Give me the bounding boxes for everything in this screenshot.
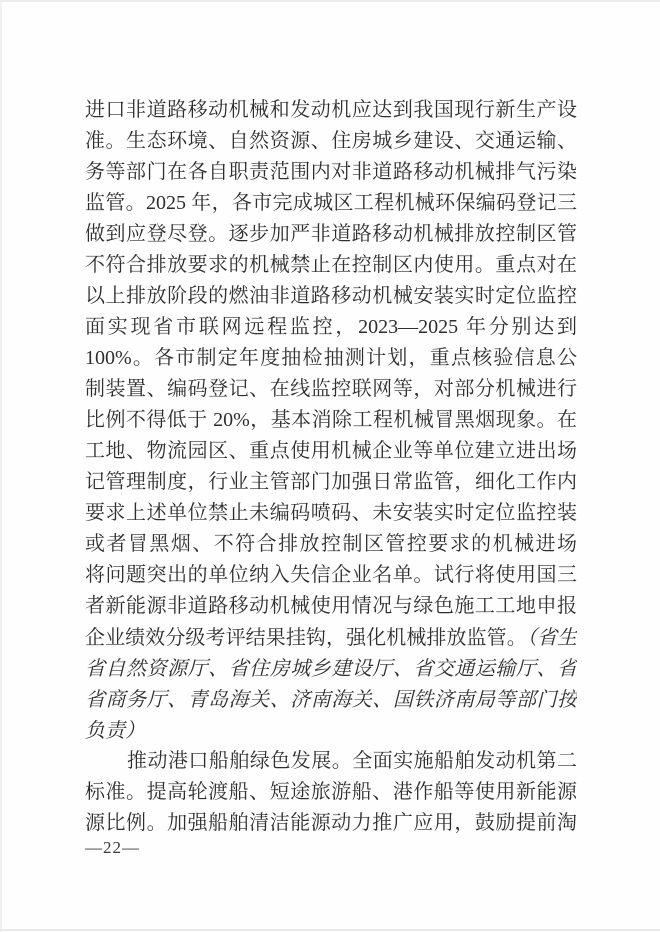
text-segment: 100%。各市制定年度抽检抽测计划，重点核验信息公开、污染控 — [85, 347, 577, 374]
text-segment: 标准。提高轮渡船、短途旅游船、港作船等使用新能源和清洁能 — [85, 781, 577, 808]
text-block: 进口非道路移动机械和发动机应达到我国现行新生产设备排放标准。生态环境、自然资源、… — [85, 95, 577, 839]
text-segment: 面实现省市联网远程监控，2023—2025 年分别达到 30%、65%和 — [85, 316, 577, 343]
text-segment: 进口非道路移动机械和发动机应达到我国现行新生产设备排放标 — [85, 99, 577, 126]
scan-edge-top — [0, 0, 660, 2]
text-line: 省自然资源厅、省住房城乡建设厅、省交通运输厅、省水利厅、 — [85, 653, 577, 684]
text-line: 准。生态环境、自然资源、住房城乡建设、交通运输、水利、商 — [85, 126, 577, 157]
scan-edge-bottom — [0, 929, 660, 931]
text-line: 者新能源非道路移动机械使用情况与绿色施工工地申报以及工业 — [85, 591, 577, 622]
text-line: 记管理制度，行业主管部门加强日常监管，细化工作内容，明确 — [85, 467, 577, 498]
text-segment: 比例不得低于 20%，基本消除工程机械冒黑烟现象。在各类施工 — [85, 409, 577, 436]
text-line: 企业绩效分级考评结果挂钩，强化机械排放监管。（省生态环境厅、 — [85, 622, 577, 653]
text-line: 源比例。加强船舶清洁能源动力推广应用，鼓励提前淘汰高污染、 — [85, 808, 577, 839]
text-line: 监管。2025 年，各市完成城区工程机械环保编码登记三级联网， — [85, 188, 577, 219]
text-line: 务等部门在各自职责范围内对非道路移动机械排气污染防治实施 — [85, 157, 577, 188]
scan-edge-left — [0, 0, 2, 932]
text-line: 省商务厅、青岛海关、济南海关、国铁济南局等部门按职责分工 — [85, 684, 577, 715]
text-segment: 推动港口船舶绿色发展。全面实施船舶发动机第二阶段排放 — [127, 750, 577, 777]
text-line: 不符合排放要求的机械禁止在控制区内使用。重点对在用国二及 — [85, 250, 577, 281]
text-segment: 务等部门在各自职责范围内对非道路移动机械排气污染防治实施 — [85, 161, 577, 188]
text-segment: 以上排放阶段的燃油非道路移动机械安装实时定位监控装置，全 — [85, 285, 577, 312]
text-line: 将问题突出的单位纳入失信企业名单。试行将使用国三及以上或 — [85, 560, 577, 591]
text-segment: 不符合排放要求的机械禁止在控制区内使用。重点对在用国二及 — [85, 254, 577, 281]
text-line: 比例不得低于 20%，基本消除工程机械冒黑烟现象。在各类施工 — [85, 405, 577, 436]
text-segment: 做到应登尽登。逐步加严非道路移动机械排放控制区管控要求， — [85, 223, 577, 250]
text-line: 以上排放阶段的燃油非道路移动机械安装实时定位监控装置，全 — [85, 281, 577, 312]
text-segment: 记管理制度，行业主管部门加强日常监管，细化工作内容，明确 — [85, 471, 577, 498]
text-line: 制装置、编码登记、在线监控联网等，对部分机械进行排放测试， — [85, 374, 577, 405]
text-segment: 企业绩效分级考评结果挂钩，强化机械排放监管。 — [85, 627, 527, 649]
text-segment: 负责） — [85, 718, 145, 742]
text-line: 负责） — [85, 715, 577, 746]
text-segment: 源比例。加强船舶清洁能源动力推广应用，鼓励提前淘汰高污染、 — [85, 812, 577, 839]
text-line: 面实现省市联网远程监控，2023—2025 年分别达到 30%、65%和 — [85, 312, 577, 343]
text-segment: 工地、物流园区、重点使用机械企业等单位建立进出场（厂）登 — [85, 440, 577, 467]
text-segment: 制装置、编码登记、在线监控联网等，对部分机械进行排放测试， — [85, 378, 577, 405]
text-segment: 将问题突出的单位纳入失信企业名单。试行将使用国三及以上或 — [85, 564, 577, 591]
text-segment: 者新能源非道路移动机械使用情况与绿色施工工地申报以及工业 — [85, 595, 577, 622]
document-page: 进口非道路移动机械和发动机应达到我国现行新生产设备排放标准。生态环境、自然资源、… — [0, 0, 660, 932]
text-segment: 或者冒黑烟、不符合排放控制区管控要求的机械进场（厂）作业， — [85, 533, 577, 560]
page-number: —22— — [85, 838, 140, 858]
text-line: 进口非道路移动机械和发动机应达到我国现行新生产设备排放标 — [85, 95, 577, 126]
text-segment: 监管。2025 年，各市完成城区工程机械环保编码登记三级联网， — [85, 192, 577, 219]
text-line: 推动港口船舶绿色发展。全面实施船舶发动机第二阶段排放 — [85, 746, 577, 777]
text-line: 要求上述单位禁止未编码喷码、未安装实时定位监控装置、超标 — [85, 498, 577, 529]
text-line: 工地、物流园区、重点使用机械企业等单位建立进出场（厂）登 — [85, 436, 577, 467]
text-line: 100%。各市制定年度抽检抽测计划，重点核验信息公开、污染控 — [85, 343, 577, 374]
text-segment: 准。生态环境、自然资源、住房城乡建设、交通运输、水利、商 — [85, 130, 577, 157]
text-segment: 要求上述单位禁止未编码喷码、未安装实时定位监控装置、超标 — [85, 502, 577, 529]
text-segment: 省商务厅、青岛海关、济南海关、国铁济南局等部门按职责分工 — [85, 687, 577, 715]
text-line: 标准。提高轮渡船、短途旅游船、港作船等使用新能源和清洁能 — [85, 777, 577, 808]
text-segment: 省自然资源厅、省住房城乡建设厅、省交通运输厅、省水利厅、 — [85, 656, 577, 684]
text-line: 做到应登尽登。逐步加严非道路移动机械排放控制区管控要求， — [85, 219, 577, 250]
text-line: 或者冒黑烟、不符合排放控制区管控要求的机械进场（厂）作业， — [85, 529, 577, 560]
